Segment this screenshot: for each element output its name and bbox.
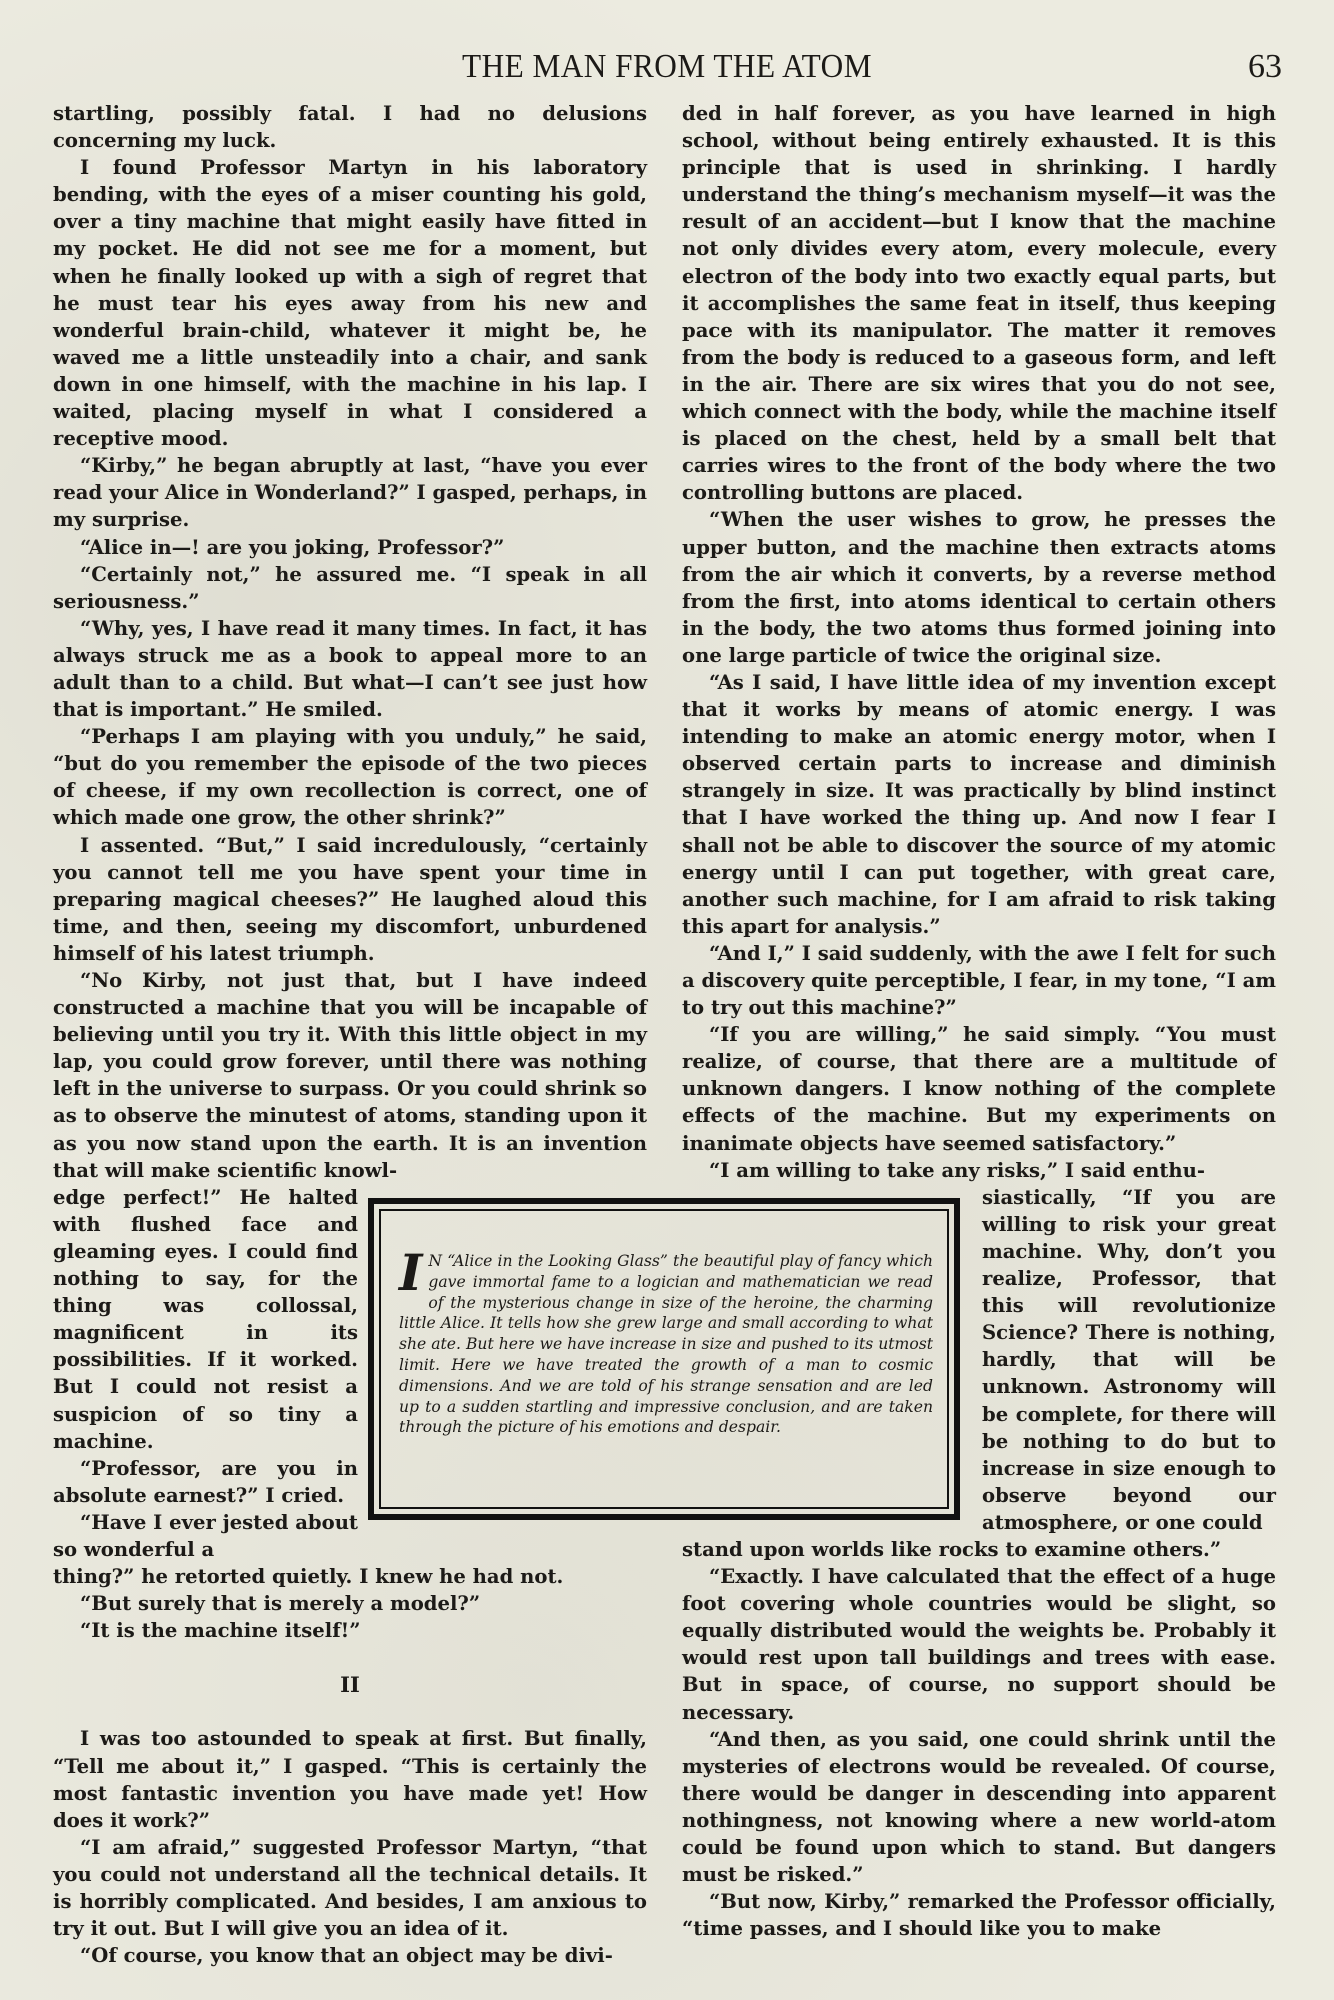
- paragraph: “Exactly. I have calculated that the eff…: [682, 1563, 1276, 1726]
- paragraph: “Certainly not,” he assured me. “I speak…: [53, 561, 647, 615]
- paragraph: “It is the machine itself!”: [53, 1617, 647, 1644]
- paragraph: I assented. “But,” I said incredulously,…: [53, 832, 647, 967]
- paragraph: “Have I ever jested about so wonderful a: [53, 1509, 358, 1563]
- paragraph: “Professor, are you in absolute earnest?…: [53, 1455, 358, 1509]
- paragraph: “And I,” I said suddenly, with the awe I…: [682, 940, 1276, 1021]
- paragraph: “No Kirby, not just that, but I have ind…: [53, 967, 647, 1184]
- paragraph: thing?” he retorted quietly. I knew he h…: [53, 1563, 647, 1590]
- paragraph: “As I said, I have little idea of my inv…: [682, 669, 1276, 940]
- paragraph: “Of course, you know that an object may …: [53, 1942, 647, 1969]
- page-header: THE MAN FROM THE ATOM 63: [0, 48, 1334, 88]
- paragraph: “If you are willing,” he said simply. “Y…: [682, 1021, 1276, 1156]
- paragraph: edge perfect!” He halted with flushed fa…: [53, 1184, 358, 1455]
- editorial-callout-box: IN “Alice in the Looking Glass” the beau…: [368, 1198, 960, 1520]
- left-column: startling, possibly fatal. I had no delu…: [53, 100, 647, 1969]
- paragraph: siastically, “If you are willing to risk…: [982, 1184, 1276, 1536]
- paragraph: “But now, Kirby,” remarked the Professor…: [682, 1888, 1276, 1942]
- callout-text: N “Alice in the Looking Glass” the beaut…: [399, 1252, 933, 1436]
- paragraph: “Kirby,” he began abruptly at last, “hav…: [53, 452, 647, 533]
- paragraph: “Why, yes, I have read it many times. In…: [53, 615, 647, 723]
- paragraph: “I am willing to take any risks,” I said…: [682, 1157, 1276, 1184]
- section-numeral: II: [53, 1671, 647, 1698]
- paragraph: I found Professor Martyn in his laborato…: [53, 154, 647, 452]
- right-column: ded in half forever, as you have learned…: [682, 100, 1276, 1942]
- paragraph: startling, possibly fatal. I had no delu…: [53, 100, 647, 154]
- paragraph: stand upon worlds like rocks to examine …: [682, 1536, 1276, 1563]
- drop-cap: I: [399, 1253, 422, 1293]
- running-title: THE MAN FROM THE ATOM: [53, 48, 1280, 86]
- wrapped-text-beside-callout: edge perfect!” He halted with flushed fa…: [53, 1184, 358, 1563]
- paragraph: I was too astounded to speak at first. B…: [53, 1725, 647, 1833]
- paragraph: “When the user wishes to grow, he presse…: [682, 506, 1276, 669]
- paragraph: ded in half forever, as you have learned…: [682, 100, 1276, 506]
- paragraph: “And then, as you said, one could shrink…: [682, 1726, 1276, 1889]
- paragraph: “Alice in—! are you joking, Professor?”: [53, 534, 647, 561]
- paragraph: “Perhaps I am playing with you unduly,” …: [53, 723, 647, 831]
- callout-inner-border: IN “Alice in the Looking Glass” the beau…: [379, 1209, 949, 1509]
- paragraph: “But surely that is merely a model?”: [53, 1590, 647, 1617]
- wrapped-text-beside-callout: siastically, “If you are willing to risk…: [982, 1184, 1276, 1536]
- page-number: 63: [1248, 48, 1282, 86]
- paragraph: “I am afraid,” suggested Professor Marty…: [53, 1834, 647, 1942]
